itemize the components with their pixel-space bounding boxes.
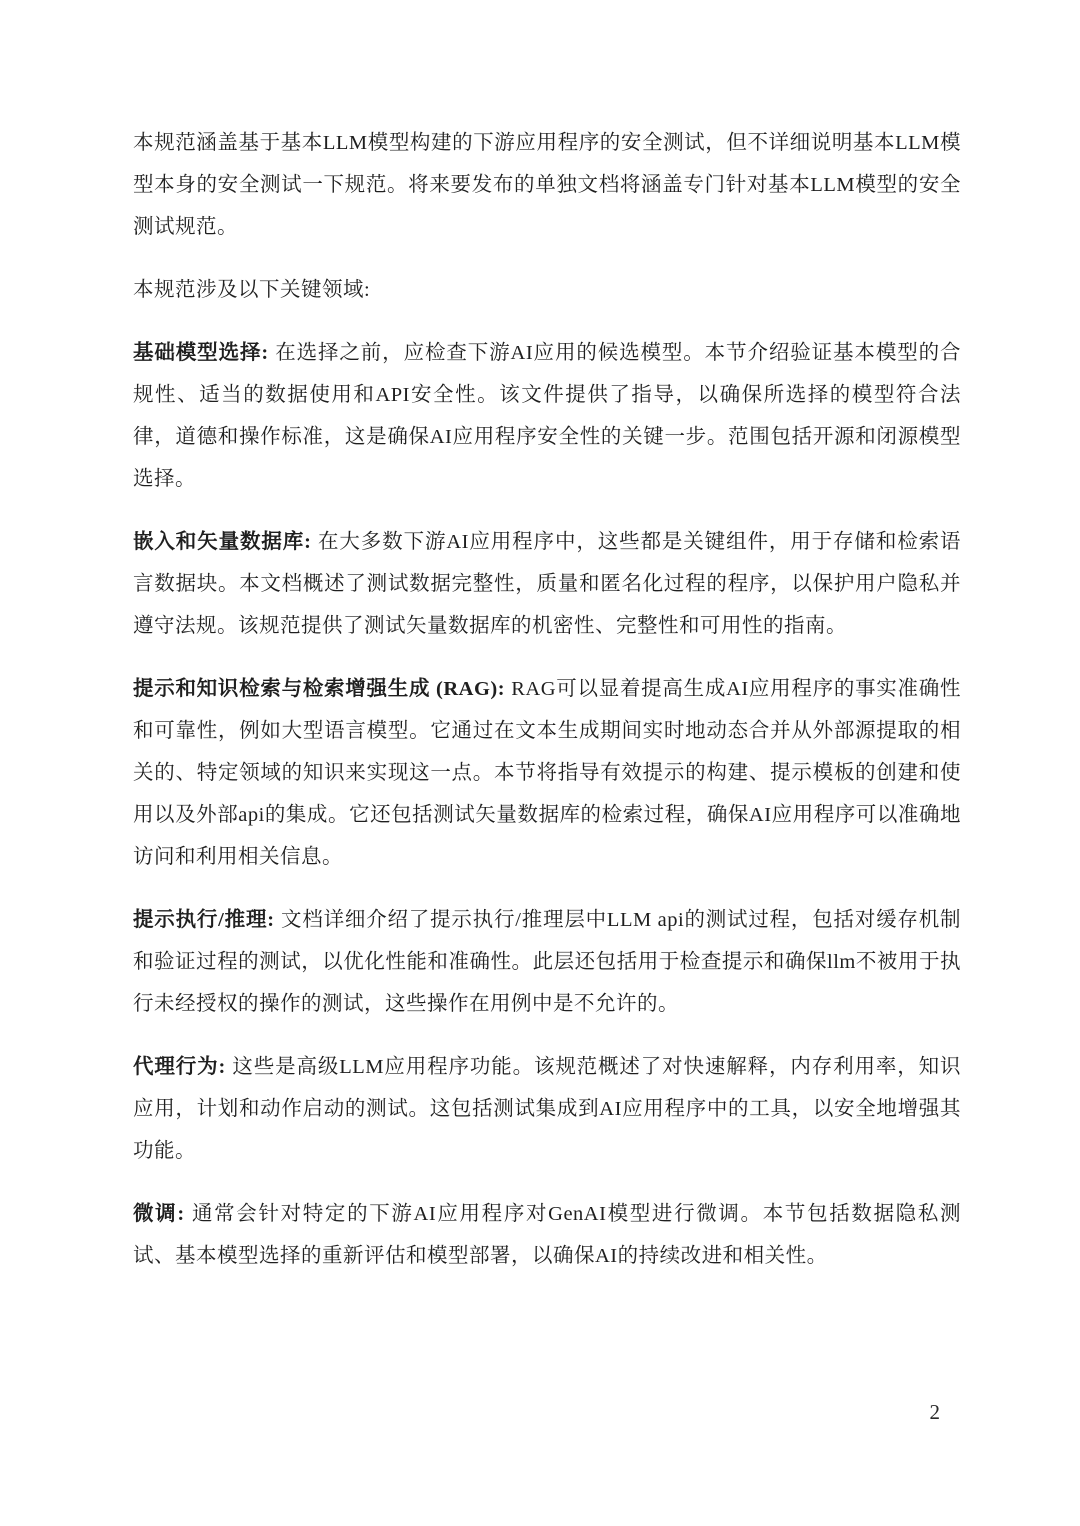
section-label: 微调: — [133, 1203, 185, 1225]
intro-paragraph: 本规范涵盖基于基本LLM模型构建的下游应用程序的安全测试，但不详细说明基本LLM… — [133, 122, 961, 248]
section-foundation-model-selection: 基础模型选择:在选择之前，应检查下游AI应用的候选模型。本节介绍验证基本模型的合… — [133, 332, 961, 500]
section-fine-tuning: 微调:通常会针对特定的下游AI应用程序对GenAI模型进行微调。本节包括数据隐私… — [133, 1193, 961, 1277]
section-embedding-vector-db: 嵌入和矢量数据库:在大多数下游AI应用程序中，这些都是关键组件，用于存储和检索语… — [133, 521, 961, 647]
section-text: 通常会针对特定的下游AI应用程序对GenAI模型进行微调。本节包括数据隐私测试、… — [133, 1203, 961, 1267]
section-label: 提示和知识检索与检索增强生成 (RAG): — [133, 678, 505, 700]
section-label: 基础模型选择: — [133, 342, 269, 364]
section-agent-behavior: 代理行为:这些是高级LLM应用程序功能。该规范概述了对快速解释，内存利用率，知识… — [133, 1046, 961, 1172]
section-label: 提示执行/推理: — [133, 909, 275, 931]
key-areas-lead: 本规范涉及以下关键领域: — [133, 269, 961, 311]
document-body: 本规范涵盖基于基本LLM模型构建的下游应用程序的安全测试，但不详细说明基本LLM… — [133, 122, 961, 1298]
document-page: 本规范涵盖基于基本LLM模型构建的下游应用程序的安全测试，但不详细说明基本LLM… — [0, 0, 1080, 1526]
section-label: 嵌入和矢量数据库: — [133, 531, 311, 553]
section-text: RAG可以显着提高生成AI应用程序的事实准确性和可靠性，例如大型语言模型。它通过… — [133, 678, 961, 868]
section-label: 代理行为: — [133, 1056, 226, 1078]
section-text: 在选择之前，应检查下游AI应用的候选模型。本节介绍验证基本模型的合规性、适当的数… — [133, 342, 961, 490]
section-text: 这些是高级LLM应用程序功能。该规范概述了对快速解释，内存利用率，知识应用，计划… — [133, 1056, 961, 1162]
section-prompt-execution-inference: 提示执行/推理:文档详细介绍了提示执行/推理层中LLM api的测试过程，包括对… — [133, 899, 961, 1025]
section-rag: 提示和知识检索与检索增强生成 (RAG):RAG可以显着提高生成AI应用程序的事… — [133, 668, 961, 878]
page-number: 2 — [930, 1398, 941, 1426]
